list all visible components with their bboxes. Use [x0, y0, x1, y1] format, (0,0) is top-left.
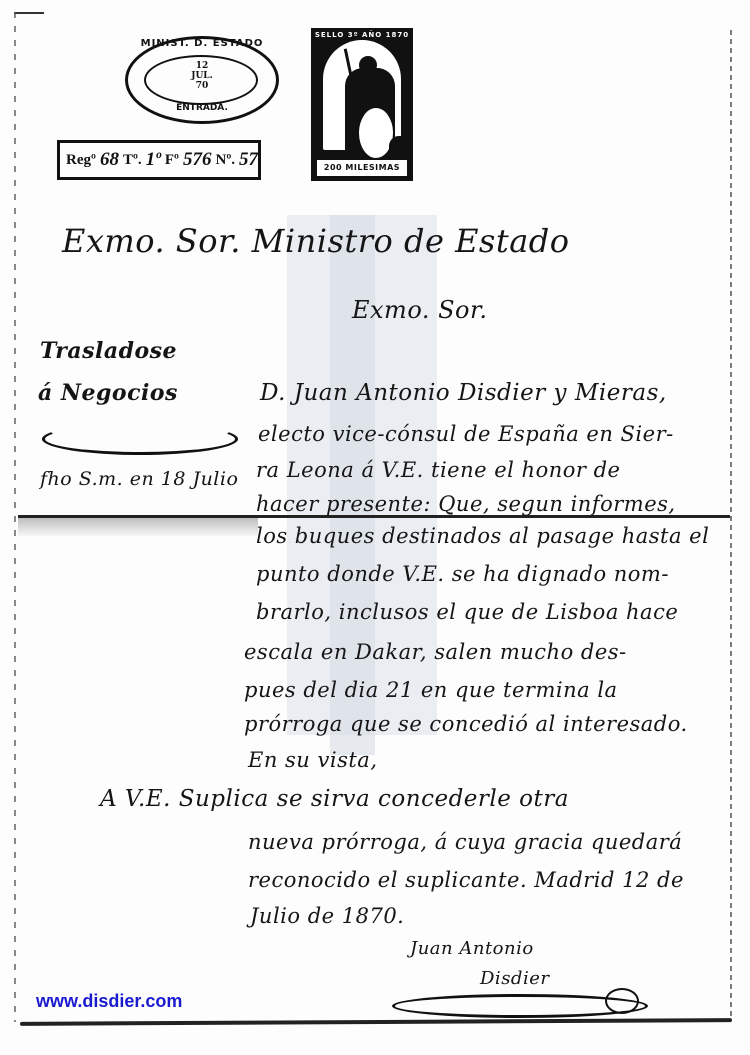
body-line-7: brarlo, inclusos el que de Lisboa hace: [256, 600, 678, 624]
registry-reg-value: 68: [100, 149, 119, 171]
heading-salutation: Exmo. Sor.: [352, 296, 487, 324]
registry-folio-label: Fº: [165, 152, 179, 169]
signature-line-1: Juan Antonio: [410, 938, 534, 959]
registry-folio-value: 576: [183, 149, 212, 171]
stamp-arch: [323, 40, 401, 150]
registry-box: Regº 68 Tº. 1º Fº 576 Nº. 576: [57, 140, 261, 180]
registry-reg-label: Regº: [66, 152, 96, 169]
page-edge-right: [730, 30, 732, 1020]
stamp-value: 200 MILESIMAS: [317, 160, 407, 176]
body-line-2: electo vice-cónsul de España en Sier-: [258, 422, 674, 446]
fold-smudge: [18, 518, 258, 536]
petition-line-3: reconocido el suplicante. Madrid 12 de: [248, 868, 684, 892]
margin-note-line3: fho S.m. en 18 Julio: [40, 468, 238, 490]
page-edge-bottom: [20, 1018, 732, 1026]
heading-address: Exmo. Sor. Ministro de Estado: [62, 222, 570, 260]
registry-tomo-label: Tº.: [123, 152, 142, 169]
registry-num-label: Nº.: [216, 152, 236, 169]
page-edge-top: [14, 12, 44, 14]
body-line-9: pues del dia 21 en que termina la: [244, 678, 618, 702]
body-line-10: prórroga que se concedió al interesado.: [244, 712, 688, 736]
body-line-3: ra Leona á V.E. tiene el honor de: [256, 458, 620, 482]
document-page: MINIST. D. ESTADO 12 JUL. 70 ENTRADA. Re…: [0, 0, 750, 1055]
website-link[interactable]: www.disdier.com: [36, 991, 182, 1012]
body-line-1: D. Juan Antonio Disdier y Mieras,: [260, 380, 667, 406]
body-line-5: los buques destinados al pasage hasta el: [256, 524, 709, 548]
seal-date-month: JUL.: [128, 71, 276, 81]
seal-date: 12 JUL. 70: [128, 61, 276, 91]
body-line-11: En su vista,: [248, 748, 378, 772]
stamp-arch-text: SELLO 3º AÑO 1870: [311, 31, 413, 39]
signature-line-2: Disdier: [480, 968, 549, 989]
margin-flourish: [42, 423, 238, 455]
margin-note-line2: á Negocios: [38, 380, 178, 406]
body-line-6: punto donde V.E. se ha dignado nom-: [256, 562, 669, 586]
petition-line-4: Julio de 1870.: [250, 904, 404, 928]
petition-line-2: nueva prórroga, á cuya gracia quedará: [248, 830, 682, 854]
entry-seal-stamp: MINIST. D. ESTADO 12 JUL. 70 ENTRADA.: [125, 36, 279, 124]
petition-line-1: A V.E. Suplica se sirva concederle otra: [100, 786, 569, 812]
seal-date-year: 70: [128, 81, 276, 91]
revenue-stamp: SELLO 3º AÑO 1870 200 MILESIMAS: [311, 28, 413, 181]
signature-loop: [605, 988, 639, 1014]
body-line-4: hacer presente: Que, segun informes,: [256, 492, 676, 516]
registry-num-value: 576: [239, 149, 261, 171]
margin-note-line1: Trasladose: [40, 338, 177, 364]
page-edge-left: [14, 12, 16, 1022]
seal-entry-text: ENTRADA.: [128, 103, 276, 113]
seal-date-day: 12: [128, 61, 276, 71]
lion-icon: [389, 136, 413, 162]
body-line-8: escala en Dakar, salen mucho des-: [244, 640, 627, 664]
seal-ministry-text: MINIST. D. ESTADO: [128, 38, 276, 49]
registry-tomo-value: 1º: [146, 149, 161, 171]
